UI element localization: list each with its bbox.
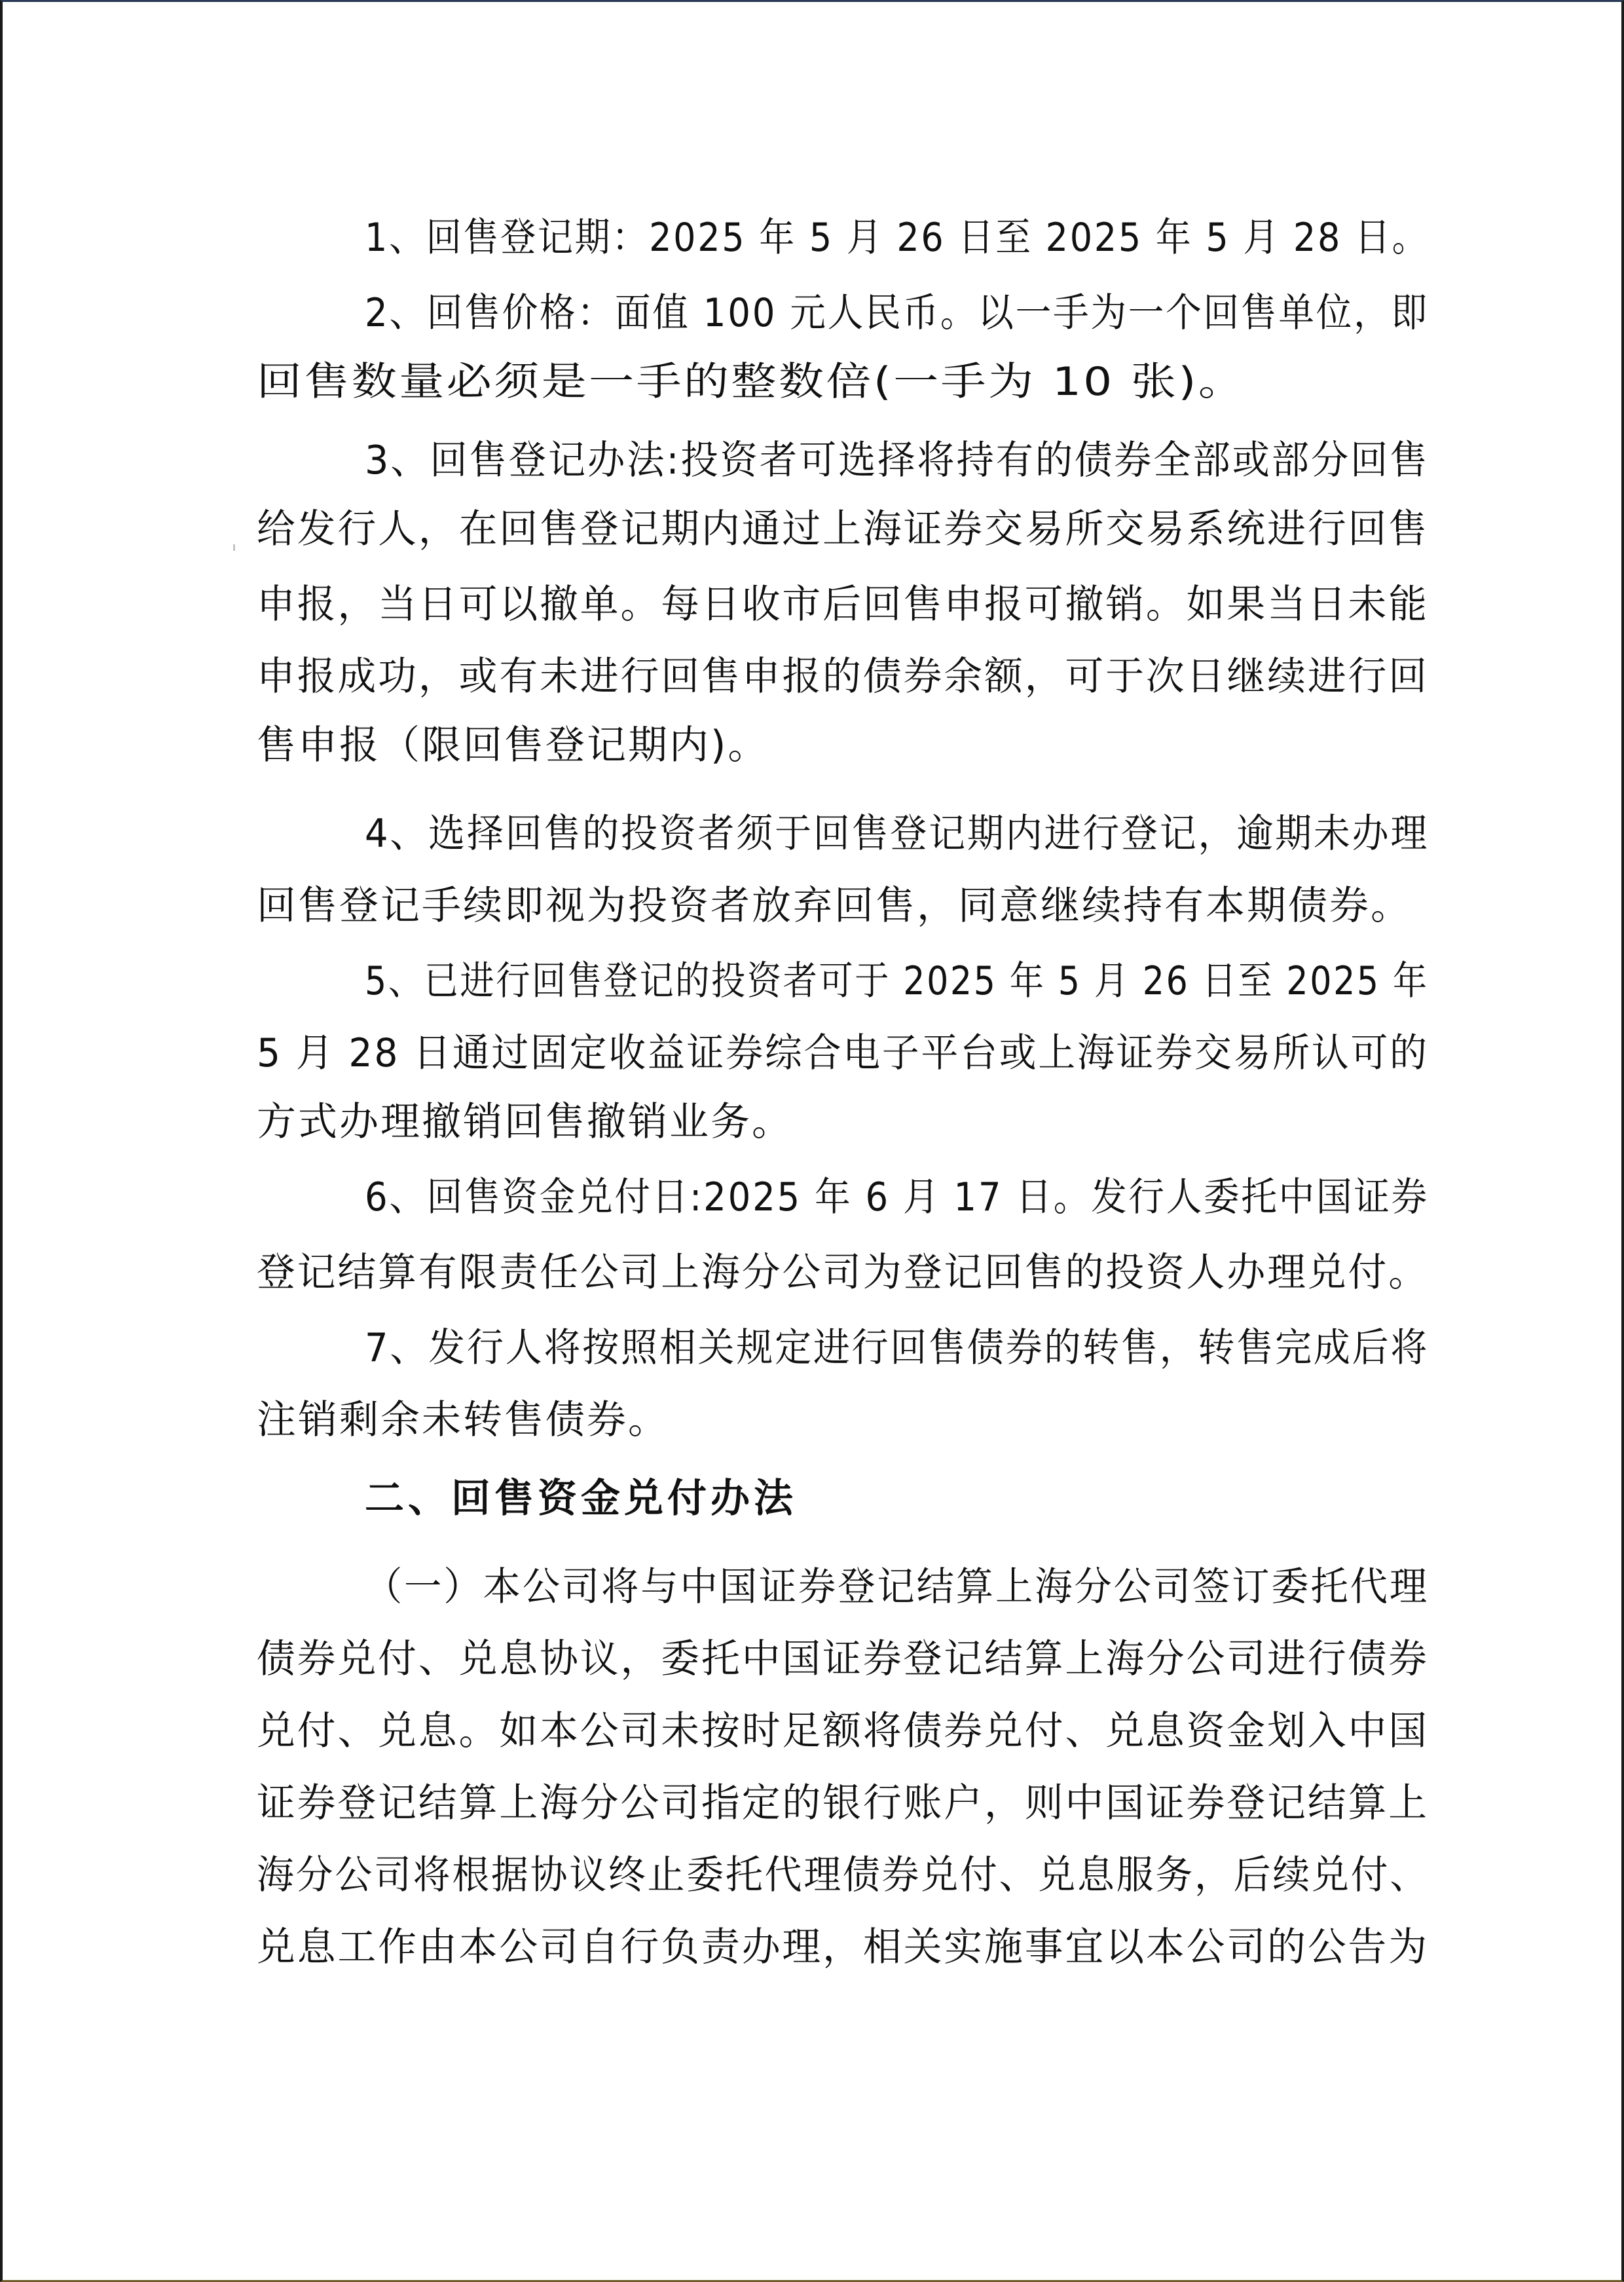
item-3-line-4: 申报成功，或有未进行回售申报的债券余额，可于次日继续进行回: [257, 650, 1429, 703]
sub-1-line-6: 兑息工作由本公司自行负责办理，相关实施事宜以本公司的公告为: [257, 1921, 1429, 1973]
item-2-line-2: 回售数量必须是一手的整数倍(一手为 10 张)。: [257, 356, 1246, 408]
item-4-line-2: 回售登记手续即视为投资者放弃回售，同意继续持有本期债券。: [257, 880, 1412, 932]
item-2-line-1: 2、回售价格：面值 100 元人民币。以一手为一个回售单位，即: [365, 287, 1429, 339]
item-3-line-2: 给发行人，在回售登记期内通过上海证券交易所交易系统进行回售: [257, 503, 1429, 555]
item-7-line-1: 7、发行人将按照相关规定进行回售债券的转售，转售完成后将: [365, 1322, 1429, 1374]
item-3-line-3: 申报，当日可以撤单。每日收市后回售申报可撤销。如果当日未能: [257, 578, 1429, 631]
item-6-line-2: 登记结算有限责任公司上海分公司为登记回售的投资人办理兑付。: [257, 1246, 1429, 1299]
item-4-line-1: 4、选择回售的投资者须于回售登记期内进行登记，逾期未办理: [365, 808, 1429, 860]
item-5-line-3: 方式办理撤销回售撤销业务。: [257, 1096, 793, 1148]
sub-1-line-5: 海分公司将根据协议终止委托代理债券兑付、兑息服务，后续兑付、: [257, 1849, 1429, 1901]
item-3-line-5: 售申报（限回售登记期内)。: [257, 719, 769, 772]
item-1-line-1: 1、回售登记期：2025 年 5 月 26 日至 2025 年 5 月 28 日…: [365, 212, 1429, 264]
item-3-line-1: 3、回售登记办法:投资者可选择将持有的债券全部或部分回售: [365, 434, 1429, 487]
sub-1-line-4: 证券登记结算上海分公司指定的银行账户，则中国证券登记结算上: [257, 1777, 1429, 1829]
scanned-page: 1、回售登记期：2025 年 5 月 26 日至 2025 年 5 月 28 日…: [0, 0, 1624, 2282]
item-5-line-1: 5、已进行回售登记的投资者可于 2025 年 5 月 26 日至 2025 年: [365, 955, 1429, 1007]
item-6-line-1: 6、回售资金兑付日:2025 年 6 月 17 日。发行人委托中国证券: [365, 1171, 1429, 1224]
sub-1-line-2: 债券兑付、兑息协议，委托中国证券登记结算上海分公司进行债券: [257, 1633, 1429, 1685]
section-heading: 二、回售资金兑付办法: [365, 1472, 797, 1525]
sub-1-line-3: 兑付、兑息。如本公司未按时足额将债券兑付、兑息资金划入中国: [257, 1705, 1429, 1757]
scan-artifact: [233, 544, 235, 551]
sub-1-line-1: （一）本公司将与中国证券登记结算上海分公司签订委托代理: [365, 1561, 1429, 1613]
item-5-line-2: 5 月 28 日通过固定收益证券综合电子平台或上海证券交易所认可的: [257, 1027, 1429, 1079]
item-7-line-2: 注销剩余未转售债券。: [257, 1394, 669, 1446]
